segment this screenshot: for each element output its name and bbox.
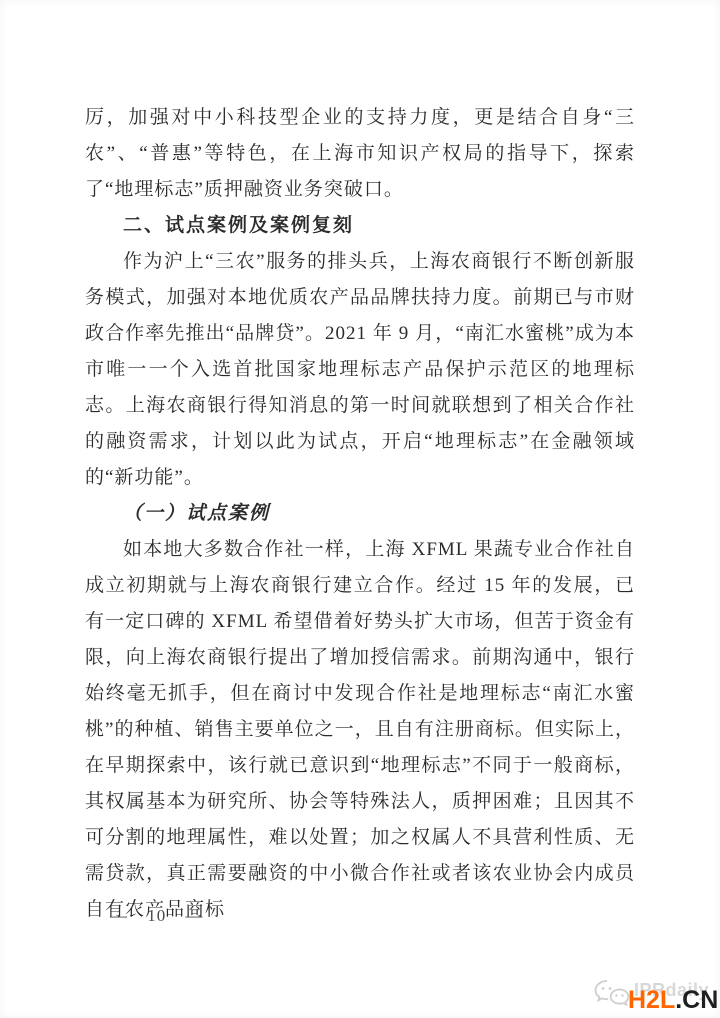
document-page: 厉，加强对中小科技型企业的支持力度，更是结合自身“三农”、“普惠”等特色，在上海… [0,0,720,1018]
watermark-brand: H2L.CN [628,986,718,1015]
section-heading: 二、试点案例及案例复刻 [85,208,635,244]
watermark-brand-main: H2L [628,986,675,1014]
watermark-brand-suffix: .CN [675,986,718,1014]
body-paragraph: 如本地大多数合作社一样，上海 XFML 果蔬专业合作社自成立初期就与上海农商银行… [85,532,635,928]
body-paragraph-continued: 厉，加强对中小科技型企业的支持力度，更是结合自身“三农”、“普惠”等特色，在上海… [85,100,635,208]
subsection-heading: （一）试点案例 [85,496,635,532]
page-number: — 10 — [110,906,204,926]
document-body: 厉，加强对中小科技型企业的支持力度，更是结合自身“三农”、“普惠”等特色，在上海… [85,100,635,928]
wechat-icon [594,978,630,1015]
watermark: IPRdaily H2L.CN [594,974,720,1018]
body-paragraph: 作为沪上“三农”服务的排头兵，上海农商银行不断创新服务模式，加强对本地优质农产品… [85,244,635,496]
